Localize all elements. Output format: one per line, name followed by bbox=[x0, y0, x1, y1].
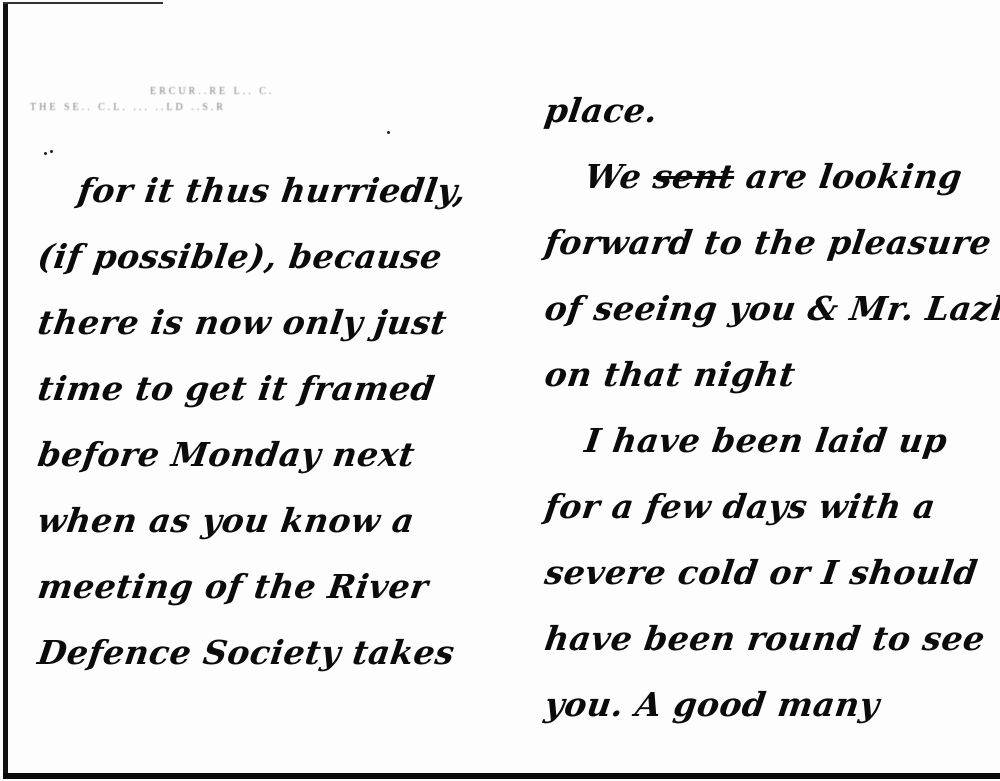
handwritten-line: time to get it framed bbox=[33, 356, 522, 422]
handwritten-line: (if possible), because bbox=[33, 224, 522, 290]
handwritten-line: of seeing you & Mr. Lazlo bbox=[540, 276, 999, 342]
ink-speck bbox=[44, 152, 47, 155]
handwritten-line: I have been laid up bbox=[540, 408, 999, 474]
ink-speck bbox=[50, 150, 53, 153]
left-column: for it thus hurriedly, (if possible), be… bbox=[38, 158, 518, 686]
handwritten-line: Defence Society takes bbox=[33, 620, 522, 686]
scan-border-bottom bbox=[3, 773, 1000, 779]
handwritten-line: when as you know a bbox=[33, 488, 522, 554]
letterhead-line-1: ERCUR..RE L.. C. bbox=[30, 84, 370, 100]
handwritten-line: you. A good many bbox=[540, 672, 999, 738]
handwritten-line: before Monday next bbox=[33, 422, 522, 488]
line-text: are looking bbox=[732, 157, 965, 196]
handwritten-line: forward to the pleasure bbox=[540, 210, 999, 276]
struck-through-word: sent bbox=[651, 157, 737, 196]
handwritten-line: place. bbox=[540, 78, 999, 144]
line-text: We bbox=[582, 157, 656, 196]
scan-border-left bbox=[3, 2, 8, 778]
handwritten-line: have been round to see bbox=[540, 606, 999, 672]
letterhead: ERCUR..RE L.. C. THE SE.. C.L. ... ..LD … bbox=[30, 84, 370, 116]
handwritten-line: meeting of the River bbox=[33, 554, 522, 620]
letterhead-line-2: THE SE.. C.L. ... ..LD ..S.R bbox=[30, 100, 370, 116]
ink-speck bbox=[387, 131, 390, 134]
scan-border-top bbox=[3, 2, 163, 4]
handwritten-line: severe cold or I should bbox=[540, 540, 999, 606]
handwritten-line: for it thus hurriedly, bbox=[33, 158, 522, 224]
handwritten-line: on that night bbox=[540, 342, 999, 408]
handwritten-line-with-correction: We sent are looking bbox=[540, 144, 999, 210]
letter-page: ERCUR..RE L.. C. THE SE.. C.L. ... ..LD … bbox=[0, 0, 1000, 781]
handwritten-line: for a few days with a bbox=[540, 474, 999, 540]
handwritten-line: there is now only just bbox=[33, 290, 522, 356]
right-column: place. We sent are looking forward to th… bbox=[545, 78, 995, 738]
